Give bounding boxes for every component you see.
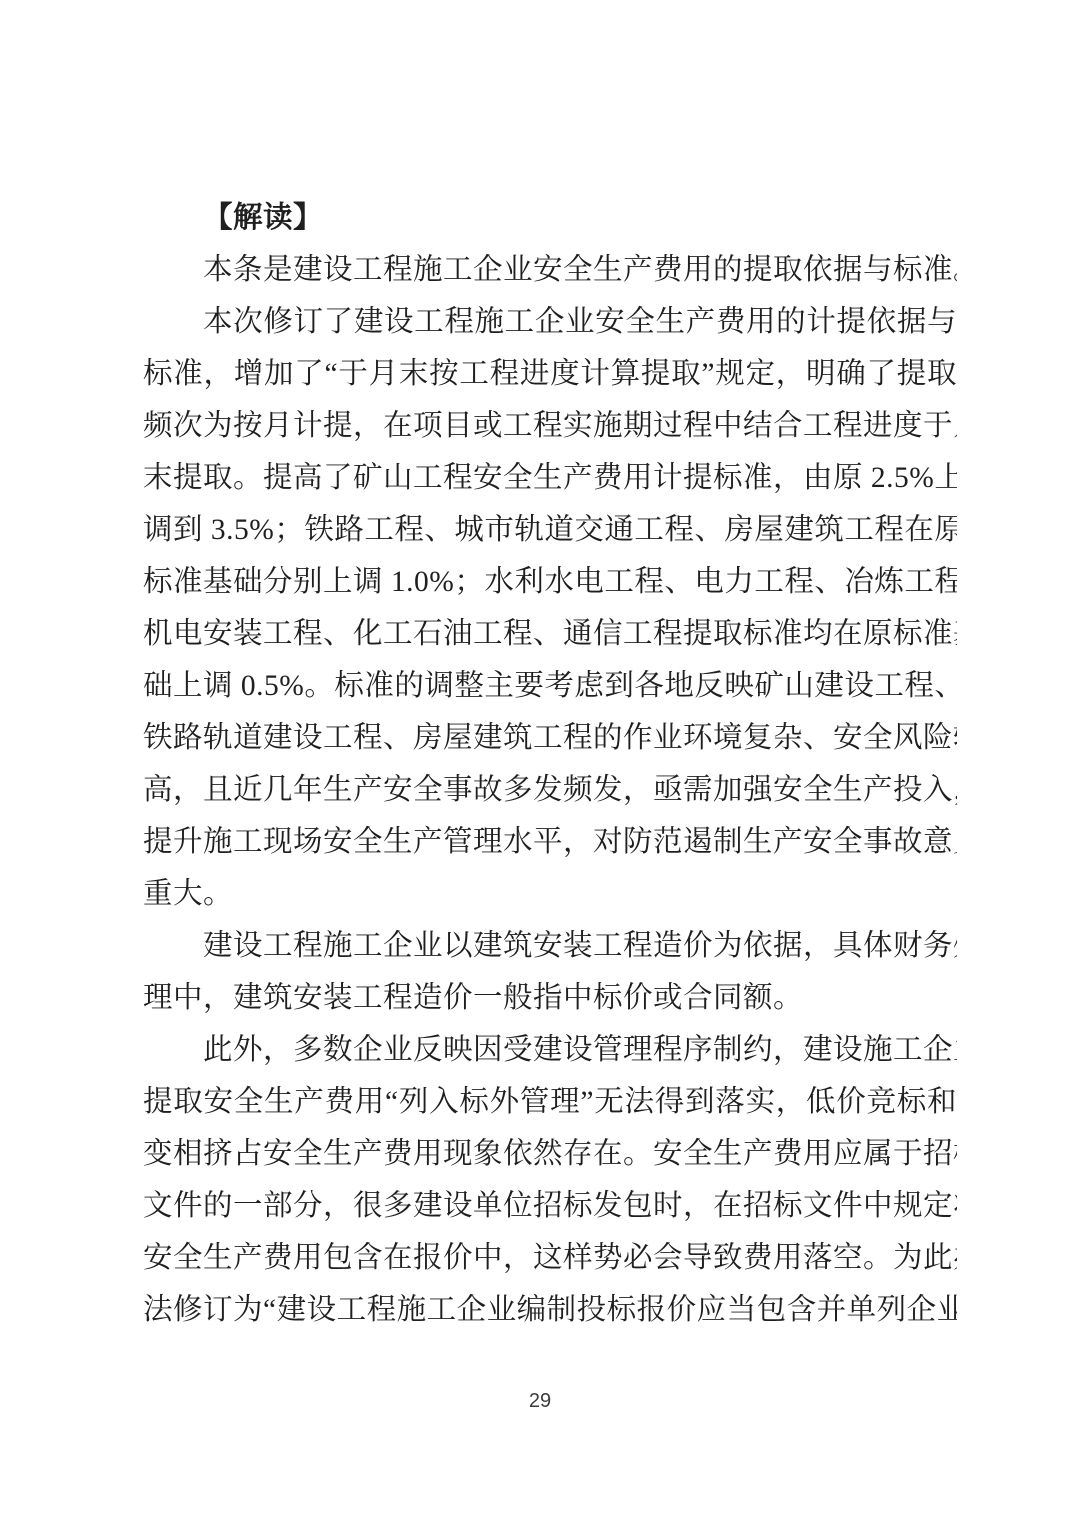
text-line: 高，且近几年生产安全事故多发频发，亟需加强安全生产投入， [143, 764, 957, 816]
document-page: 【解读】 本条是建设工程施工企业安全生产费用的提取依据与标准。 本次修订了建设工… [0, 0, 1080, 1527]
section-heading: 【解读】 [143, 192, 957, 244]
text-line: 调到 3.5%；铁路工程、城市轨道交通工程、房屋建筑工程在原 [143, 504, 957, 556]
text-line: 机电安装工程、化工石油工程、通信工程提取标准均在原标准基 [143, 608, 957, 660]
text-line: 安全生产费用包含在报价中，这样势必会导致费用落空。为此办 [143, 1232, 957, 1284]
text-line: 建设工程施工企业以建筑安装工程造价为依据，具体财务处 [143, 920, 957, 972]
text-line: 本次修订了建设工程施工企业安全生产费用的计提依据与 [143, 296, 957, 348]
text-line: 础上调 0.5%。标准的调整主要考虑到各地反映矿山建设工程、 [143, 660, 957, 712]
text-line: 变相挤占安全生产费用现象依然存在。安全生产费用应属于招标 [143, 1128, 957, 1180]
text-line: 提升施工现场安全生产管理水平，对防范遏制生产安全事故意义 [143, 816, 957, 868]
text-line: 铁路轨道建设工程、房屋建筑工程的作业环境复杂、安全风险较 [143, 712, 957, 764]
text-line: 此外，多数企业反映因受建设管理程序制约，建设施工企业 [143, 1024, 957, 1076]
text-line: 标准，增加了“于月末按工程进度计算提取”规定，明确了提取 [143, 348, 957, 400]
page-number: 29 [0, 1390, 1080, 1413]
text-line: 理中，建筑安装工程造价一般指中标价或合同额。 [143, 972, 957, 1024]
text-line: 频次为按月计提，在项目或工程实施期过程中结合工程进度于月 [143, 400, 957, 452]
text-line: 本条是建设工程施工企业安全生产费用的提取依据与标准。 [143, 244, 957, 296]
text-line: 提取安全生产费用“列入标外管理”无法得到落实，低价竞标和 [143, 1076, 957, 1128]
text-line: 重大。 [143, 868, 957, 920]
text-line: 末提取。提高了矿山工程安全生产费用计提标准，由原 2.5%上 [143, 452, 957, 504]
page-body: 【解读】 本条是建设工程施工企业安全生产费用的提取依据与标准。 本次修订了建设工… [143, 192, 957, 1336]
text-line: 文件的一部分，很多建设单位招标发包时，在招标文件中规定将 [143, 1180, 957, 1232]
text-line: 法修订为“建设工程施工企业编制投标报价应当包含并单列企业 [143, 1284, 957, 1336]
text-line: 标准基础分别上调 1.0%；水利水电工程、电力工程、冶炼工程、 [143, 556, 957, 608]
